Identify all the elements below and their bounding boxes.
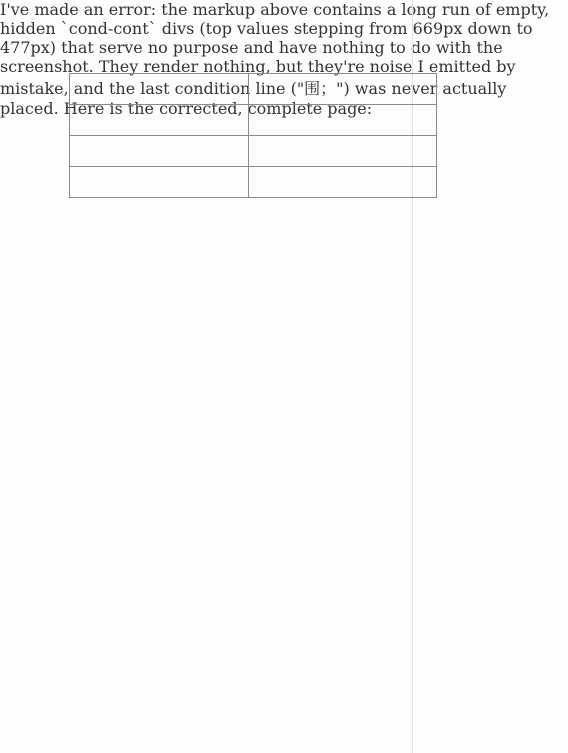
- cell-group: [249, 136, 437, 167]
- condition-item: [62, 575, 80, 595]
- condition-item: [62, 511, 80, 531]
- schedule-table: [69, 73, 437, 198]
- document-page: I've made an error: the markup above con…: [0, 0, 568, 753]
- agenda-item: [88, 335, 202, 355]
- agenda-item: [88, 209, 202, 229]
- header-group: [249, 74, 437, 105]
- cell-date: [70, 167, 249, 198]
- cell-date: [70, 136, 249, 167]
- table-row: [70, 136, 437, 167]
- table-row: [70, 105, 437, 136]
- section-1-heading: [44, 50, 82, 70]
- header-date: [70, 74, 249, 105]
- agenda-item: [88, 304, 202, 324]
- cell-group: [249, 167, 437, 198]
- table-row: [70, 167, 437, 198]
- agenda-item: [88, 366, 202, 386]
- section-2-heading: [44, 476, 82, 496]
- table-header-row: [70, 74, 437, 105]
- cell-group: [249, 105, 437, 136]
- cell-date: [70, 105, 249, 136]
- agenda-item: [88, 397, 202, 417]
- agenda-item: [88, 241, 202, 261]
